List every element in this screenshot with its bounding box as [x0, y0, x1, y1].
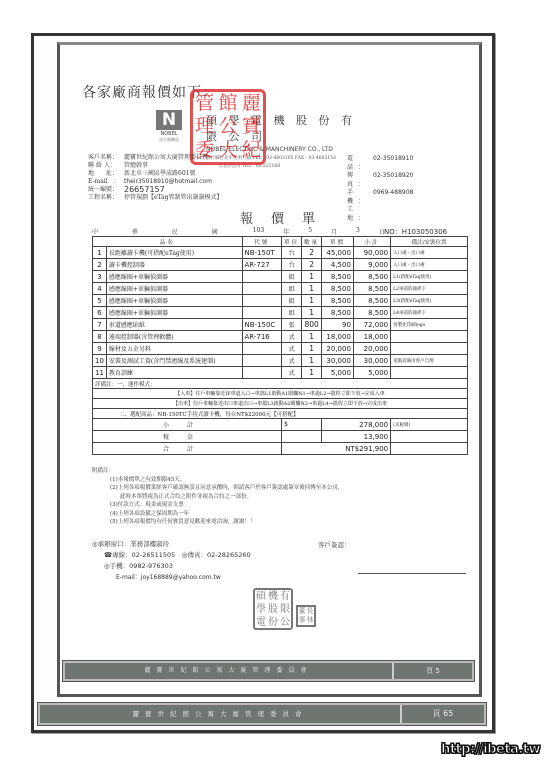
item-price: 45,000	[322, 247, 354, 259]
address-label: 地 址：	[88, 170, 124, 178]
item-price: 8,500	[322, 295, 354, 307]
item-qty: 2	[302, 259, 322, 271]
quote-number-value: H103050306	[402, 228, 447, 236]
item-unit: 組	[282, 295, 302, 307]
item-name: 感應線圈+車輛偵測器	[106, 295, 242, 307]
phone: 02-35018910	[373, 155, 413, 172]
subtotal-value: 278,000	[322, 419, 391, 431]
site-label: 工 地：	[347, 206, 373, 223]
contact-person-label: 聯 絡 人：	[88, 162, 124, 170]
item-price: 8,500	[322, 307, 354, 319]
outer-page-footer: 麗寶世紀館公寓大廈管理委員會 頁 65	[38, 703, 486, 725]
item-price: 5,000	[322, 367, 354, 379]
item-price: 8,500	[322, 283, 354, 295]
company-seal-stamp: 碩機有學股限電份公	[253, 588, 293, 630]
date-month-unit: 月	[331, 227, 337, 236]
item-subtotal: 8,500	[353, 271, 390, 283]
seal-character: 管	[193, 92, 216, 115]
table-row: 3感應線圈+車輛偵測器組18,5008,500L1(搭配eTag使用)	[93, 271, 468, 283]
tax-id-label: 統一編號：	[88, 186, 124, 194]
seal-character: 麗	[240, 92, 263, 115]
note-item: (5)上列各項報價均有任何寶貴意見歡迎來電洽詢，謝謝！！	[92, 518, 472, 527]
total-row: 合計 NT$291,900	[93, 443, 468, 455]
note-item: (2)上列各項報價業經客戶確認無誤且同意承攬時，則請客戶於客戶簽認處簽章後回傳至…	[92, 484, 472, 493]
tax-remark	[391, 431, 468, 443]
item-code	[242, 271, 282, 283]
item-remark: 入口處・出口處	[391, 247, 468, 259]
row-number: 10	[93, 355, 107, 367]
item-name: 讀卡機控制器	[106, 259, 242, 271]
item-remark	[391, 367, 468, 379]
item-subtotal: 5,000	[353, 367, 390, 379]
item-remark: 客製化印刷logo	[391, 319, 468, 331]
total-remark	[391, 443, 468, 455]
table-row: 4感應線圈+車輛偵測器組18,5008,500L2車道防撞桿下	[93, 283, 468, 295]
row-number: 1	[93, 247, 107, 259]
item-qty: 1	[302, 367, 322, 379]
col-qty: 數量	[302, 237, 322, 247]
col-price: 單價	[322, 237, 354, 247]
seal-character: 館	[216, 92, 239, 115]
item-unit: 式	[282, 355, 302, 367]
item-subtotal: 8,500	[353, 307, 390, 319]
seal-character: 公	[279, 616, 291, 629]
footer-page-number: 頁 65	[402, 705, 484, 723]
item-qty: 800	[302, 319, 322, 331]
seal-character: 股	[267, 603, 279, 616]
item-subtotal: 9,000	[353, 259, 390, 271]
fax: 02-35018920	[373, 172, 413, 189]
footer-page-number: 頁 5	[394, 663, 472, 679]
sales-window: ◎承辦窗口：業務部樓淑玲	[92, 539, 332, 550]
row-number: 2	[93, 259, 107, 271]
project-label: 工程名稱：	[88, 194, 124, 202]
operation-note-header: 詳備註：一、運作模式：	[93, 379, 468, 389]
signature-line	[358, 573, 466, 574]
seal-character: 林	[306, 616, 314, 625]
seal-character: 電	[255, 616, 267, 629]
note-item: (1)本報價單之有效期限45天。	[92, 476, 472, 485]
table-row: 1長距離讀卡機(可搭配eTag使用)NB-150T台245,00090,000入…	[93, 247, 468, 259]
item-name: 感應線圈+車輛偵測器	[106, 271, 242, 283]
item-unit: 組	[282, 271, 302, 283]
item-qty: 1	[302, 307, 322, 319]
item-code: NB-150T	[242, 247, 282, 259]
item-unit: 張	[282, 319, 302, 331]
item-code	[242, 295, 282, 307]
table-row: 11教育訓練式15,0005,000	[93, 367, 468, 379]
mobile-label: 手 機：	[347, 189, 373, 206]
contact-person: 管總幹事	[124, 162, 148, 170]
item-subtotal: 8,500	[353, 295, 390, 307]
item-subtotal: 90,000	[353, 247, 390, 259]
client-address: 新北市三峽區學成路601號	[124, 170, 195, 178]
item-price: 8,500	[322, 271, 354, 283]
customer-signature-label: 客戶簽認：	[318, 540, 351, 549]
seal-character: 碩	[255, 590, 267, 603]
seal-character: 機	[267, 590, 279, 603]
item-qty: 1	[302, 271, 322, 283]
client-name-label: 客戶名稱：	[88, 154, 124, 162]
item-price: 30,000	[322, 355, 354, 367]
table-row: 8遠端控制器(含管理軟體)AR-716式118,00018,000	[93, 331, 468, 343]
email-label: E-mail ：	[88, 178, 124, 186]
row-number: 4	[93, 283, 107, 295]
item-remark: 入口處・出口處	[391, 259, 468, 271]
date-year: 103	[253, 227, 264, 236]
sales-phone-fax: ☎專線：02-26511505 ◎傳真：02-28265260	[92, 550, 332, 561]
table-row: 5感應線圈+車輛偵測器組18,5008,500L3(搭配eTag使用)	[93, 295, 468, 307]
total-value: NT$291,900	[282, 443, 391, 455]
item-qty: 1	[302, 283, 322, 295]
site-watermark: http://ibeta.tw	[441, 742, 540, 757]
item-code: AR-727	[242, 259, 282, 271]
col-unit: 單位	[282, 237, 302, 247]
item-remark	[391, 343, 468, 355]
client-info: 客戶名稱：麗寶世紀館公寓大廈管理委員會 聯 絡 人：管總幹事 地 址：新北市三峽…	[88, 154, 318, 202]
document-title: 報價單	[240, 208, 333, 227]
currency-symbol: $	[282, 419, 322, 431]
table-row: 7車道感應貼紙NB-150C張8009072,000客製化印刷logo	[93, 319, 468, 331]
total-label: 合計	[93, 443, 282, 455]
tax-row: 稅金 13,900	[93, 431, 468, 443]
row-number: 6	[93, 307, 107, 319]
item-unit: 式	[282, 367, 302, 379]
item-code	[242, 343, 282, 355]
sales-mobile: ◎手機：0982-976303	[92, 561, 332, 572]
item-remark: 電腦設備由客戶自理	[391, 355, 468, 367]
logo-subtext: 諾貝爾機電	[150, 137, 188, 143]
item-price: 18,000	[322, 331, 354, 343]
item-qty: 1	[302, 355, 322, 367]
item-subtotal: 18,000	[353, 331, 390, 343]
table-header-row: 品名 代號 單位 數量 單價 小計 備註/安裝位置	[93, 237, 468, 247]
footer-committee-name: 麗寶世紀館公寓大廈管理委員會	[65, 663, 394, 679]
row-number: 5	[93, 295, 107, 307]
inner-page-footer: 麗寶世紀館公寓大廈管理委員會 頁 5	[63, 661, 474, 681]
item-name: 遠端控制器(含管理軟體)	[106, 331, 242, 343]
tax-label: 稅金	[93, 431, 282, 443]
item-price: 90	[322, 319, 354, 331]
item-unit: 式	[282, 331, 302, 343]
quote-date: 中 華 民 國 103 年 5 月 3 日	[92, 227, 432, 236]
note-item: (3)付款方式：現金或現金支票	[92, 501, 472, 510]
item-qty: 2	[302, 247, 322, 259]
item-code: NB-150C	[242, 319, 282, 331]
item-unit: 式	[282, 343, 302, 355]
optional-item-note: 二、選配商品：NB-150TC手持式讀卡機，每台NT$22000元【可搭配】	[93, 409, 468, 419]
table-row: 10安裝及測試工資(含門禁連線及系統建制)式130,00030,000電腦設備由…	[93, 355, 468, 367]
client-name: 麗寶世紀館公寓大廈管理委員會	[124, 154, 208, 162]
item-name: 車道感應貼紙	[106, 319, 242, 331]
seal-character: 事	[298, 616, 306, 625]
sales-email: E-mail：joy168889@yahoo.com.tw	[92, 572, 332, 583]
item-name: 教育訓練	[106, 367, 242, 379]
seal-character: 限	[279, 603, 291, 616]
subtotal-row: 小計 $ 278,000 (未稅價)	[93, 419, 468, 431]
item-qty: 1	[302, 331, 322, 343]
date-year-unit: 年	[283, 227, 289, 236]
note-item: (4)上列各項設備之保固期為一年	[92, 510, 472, 519]
row-number: 7	[93, 319, 107, 331]
item-remark: L4車道防撞桿下	[391, 307, 468, 319]
nobel-logo-icon: N	[156, 110, 182, 130]
notes-title: 附備註：	[92, 467, 472, 476]
item-name: 長距離讀卡機(可搭配eTag使用)	[106, 247, 242, 259]
item-name: 線材及五金另料	[106, 343, 242, 355]
subtotal-label: 小計	[93, 419, 282, 431]
date-day: 3	[356, 227, 360, 236]
item-remark: L1(搭配eTag使用)	[391, 271, 468, 283]
seal-character: 學	[255, 603, 267, 616]
item-code	[242, 307, 282, 319]
item-name: 安裝及測試工資(含門禁連線及系統建制)	[106, 355, 242, 367]
date-month: 5	[308, 227, 312, 236]
tax-spacer	[282, 431, 322, 443]
item-unit: 台	[282, 259, 302, 271]
seal-character: 公	[216, 115, 239, 138]
tax-id: 26657157	[124, 186, 165, 194]
seal-character: 理	[193, 115, 216, 138]
table-row: 6感應線圈+車輛偵測器組18,5008,500L4車道防撞桿下	[93, 307, 468, 319]
table-row: 2讀卡機控制器AR-727台24,5009,000入口處・出口處	[93, 259, 468, 271]
item-unit: 組	[282, 283, 302, 295]
seal-character: 份	[267, 616, 279, 629]
tax-value: 13,900	[322, 431, 391, 443]
item-code	[242, 367, 282, 379]
item-code	[242, 355, 282, 367]
quote-number-label: NO：	[384, 228, 402, 236]
item-price: 20,000	[322, 343, 354, 355]
col-remark: 備註/安裝位置	[391, 237, 468, 247]
project-name: 停管規劃【eTag管制管出謝謝模式】	[124, 194, 223, 202]
phone-label: 電 話：	[347, 155, 373, 172]
quote-table: 品名 代號 單位 數量 單價 小計 備註/安裝位置 1長距離讀卡機(可搭配eTa…	[92, 236, 468, 455]
footer-committee-name: 麗寶世紀館公寓大廈管理委員會	[40, 705, 402, 723]
sales-contact: ◎承辦窗口：業務部樓淑玲 ☎專線：02-26511505 ◎傳真：02-2826…	[92, 539, 332, 583]
row-number: 3	[93, 271, 107, 283]
row-number: 8	[93, 331, 107, 343]
item-remark: L3(搭配eTag使用)	[391, 295, 468, 307]
item-name: 感應線圈+車輛偵測器	[106, 307, 242, 319]
vendor-logo: N NOBEL 諾貝爾機電	[150, 110, 188, 143]
item-subtotal: 8,500	[353, 283, 390, 295]
exit-flow: 【出車】住戶車輛靠近出口車道出口→車擋L3啟動A2閘欄N2→車過L4→擋桿立即下…	[93, 399, 468, 409]
mobile: 0969-488908	[373, 189, 413, 206]
item-code: AR-716	[242, 331, 282, 343]
note-item: 此時本單將視為正式合約之附件並視為合約之一部份。	[92, 493, 472, 502]
item-price: 4,500	[322, 259, 354, 271]
col-code: 代號	[242, 237, 282, 247]
seal-character: 董	[298, 607, 306, 616]
entry-flow: 【入車】住戶車輛靠近IF車道入口→車擋L1啟動A1閘欄N1→車過L2→擋桿立即下…	[93, 389, 468, 399]
item-subtotal: 20,000	[353, 343, 390, 355]
item-unit: 台	[282, 247, 302, 259]
chairman-seal-stamp: 董長事林	[296, 605, 316, 627]
item-remark	[391, 331, 468, 343]
terms-notes: 附備註： (1)本報價單之有效期限45天。 (2)上列各項報價業經客戶確認無誤且…	[92, 467, 472, 527]
item-unit: 組	[282, 307, 302, 319]
col-subtotal: 小計	[353, 237, 390, 247]
item-subtotal: 72,000	[353, 319, 390, 331]
item-remark: L2車道防撞桿下	[391, 283, 468, 295]
date-prefix: 中 華 民 國	[92, 227, 234, 236]
item-qty: 1	[302, 343, 322, 355]
col-item-name: 品名	[93, 237, 243, 247]
row-number: 9	[93, 343, 107, 355]
subtotal-note: (未稅價)	[391, 419, 468, 431]
seal-character: 寶	[240, 115, 263, 138]
item-qty: 1	[302, 295, 322, 307]
table-row: 9線材及五金另料式120,00020,000	[93, 343, 468, 355]
client-contact: 電 話：02-35018910 傳 真：02-35018920 手 機：0969…	[347, 155, 467, 223]
seal-character: 長	[306, 607, 314, 616]
item-subtotal: 30,000	[353, 355, 390, 367]
seal-character: 有	[279, 590, 291, 603]
item-code	[242, 283, 282, 295]
fax-label: 傳 真：	[347, 172, 373, 189]
item-name: 感應線圈+車輛偵測器	[106, 283, 242, 295]
row-number: 11	[93, 367, 107, 379]
